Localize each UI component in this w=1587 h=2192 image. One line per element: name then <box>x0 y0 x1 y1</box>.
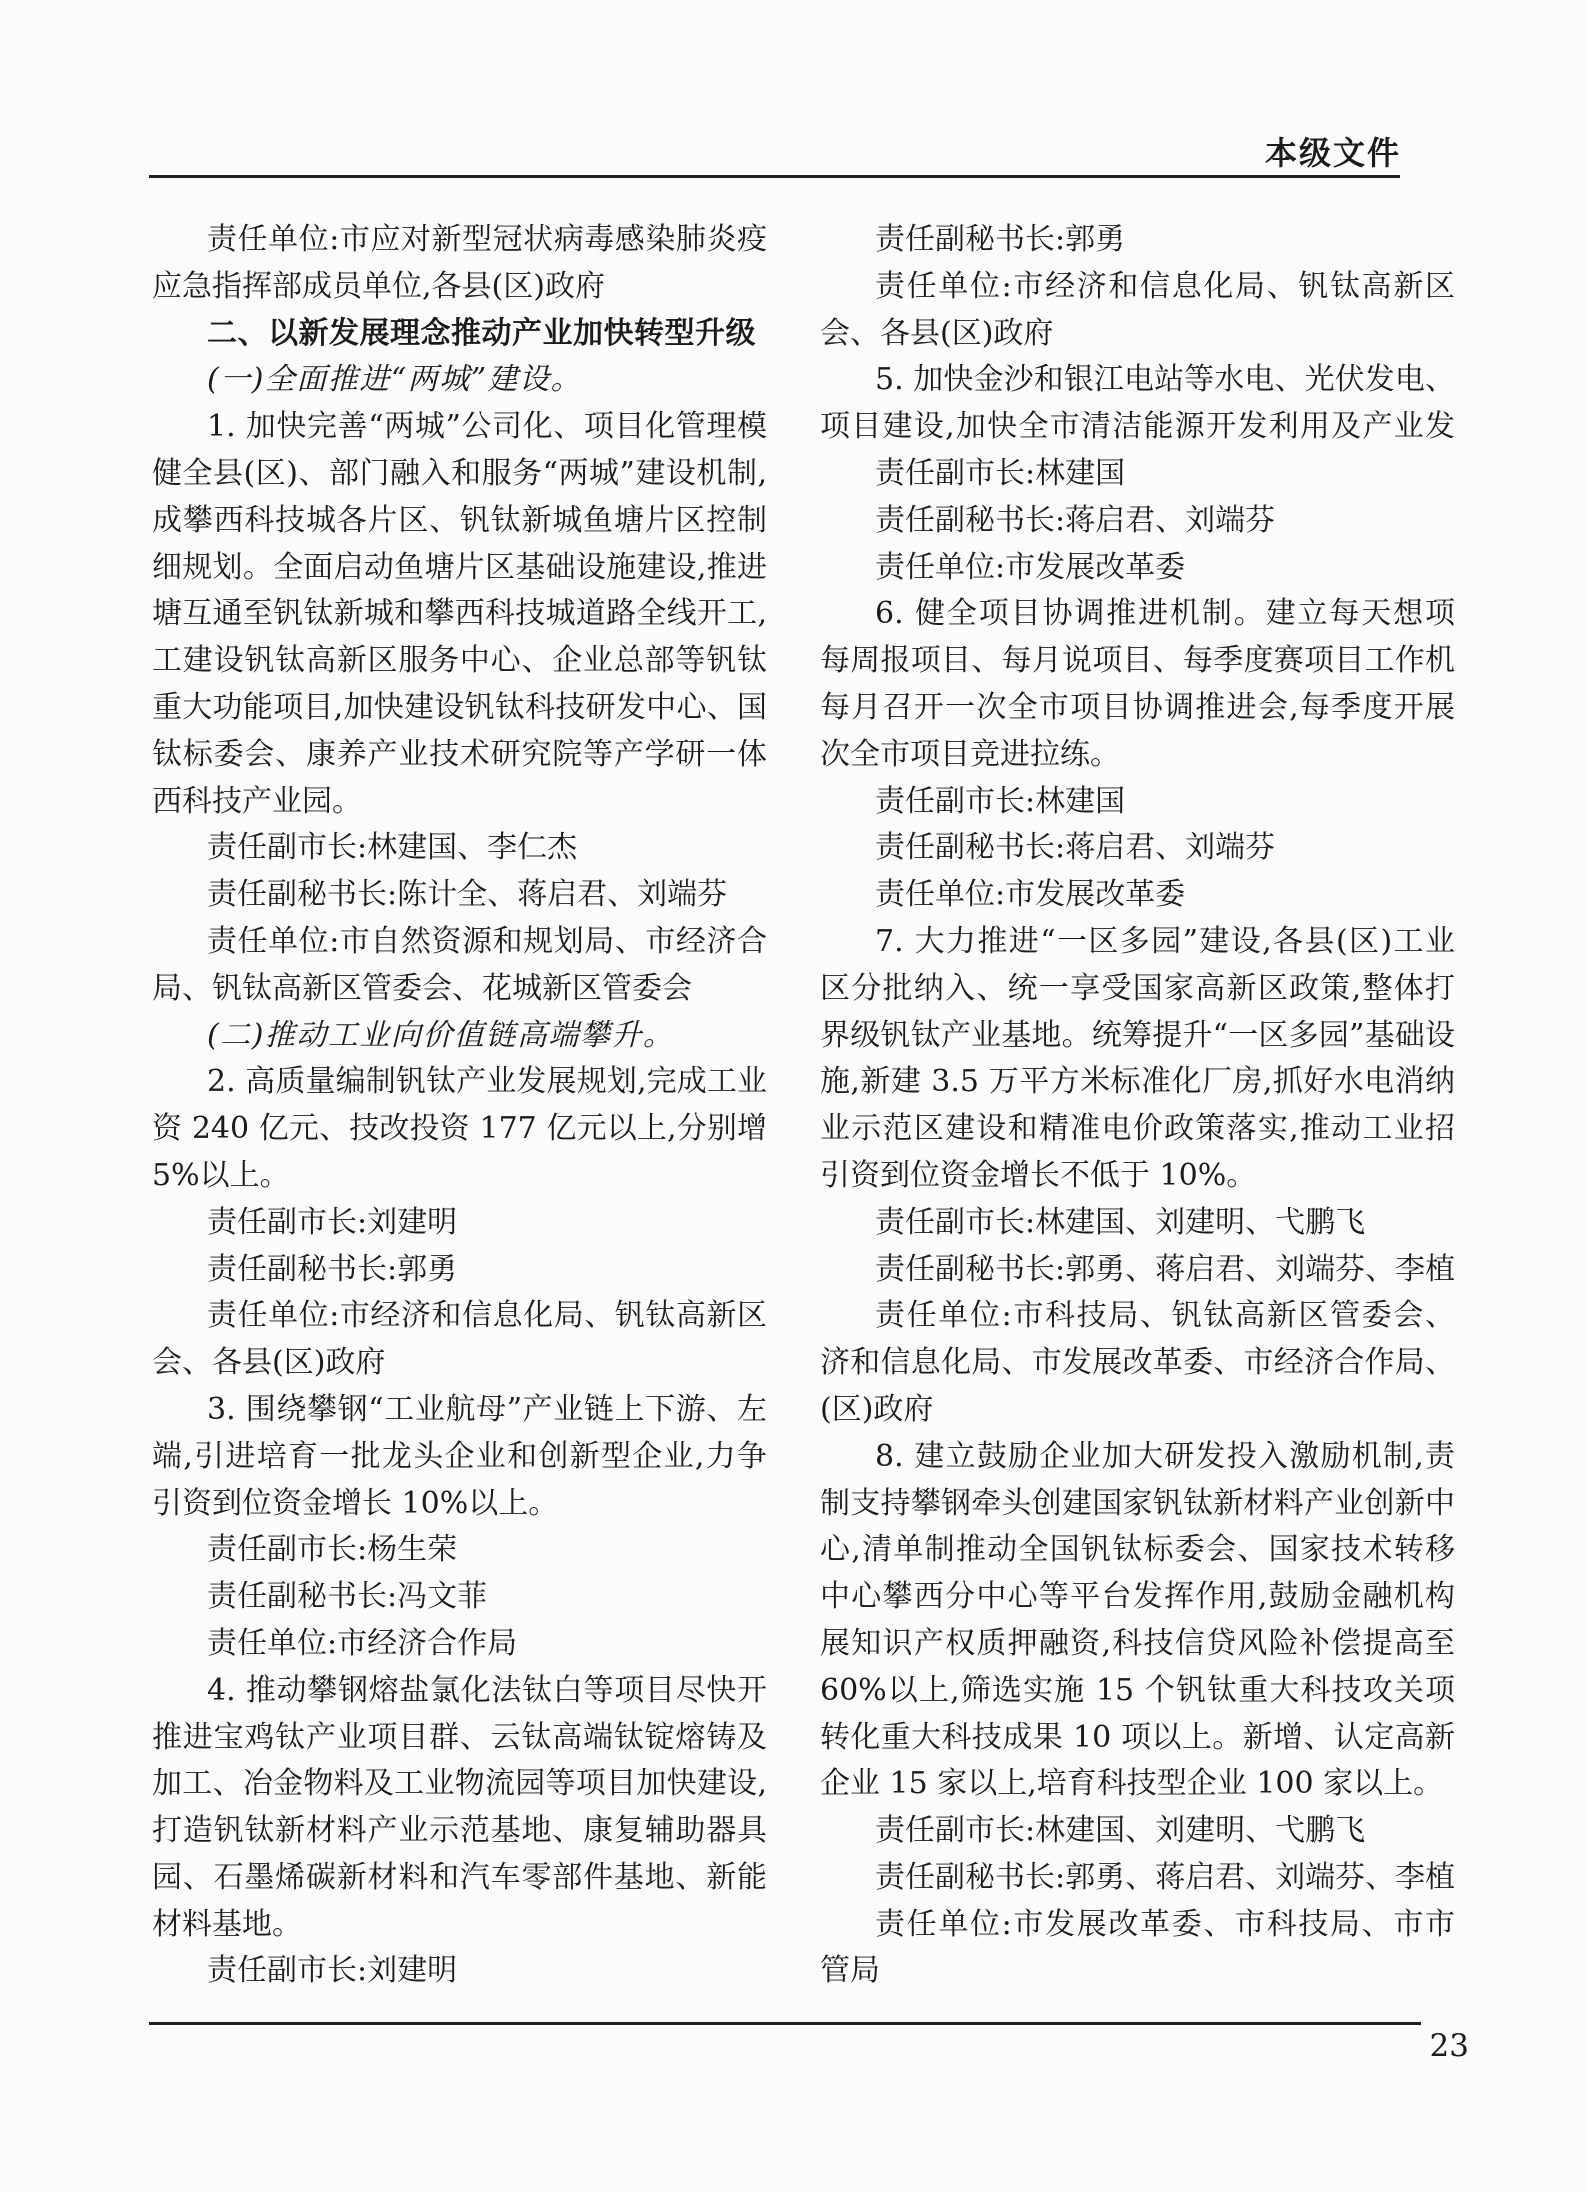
text-line: 引资到位资金增长不低于 10%。 <box>820 1153 1455 1200</box>
text-line: 局、钒钛高新区管委会、花城新区管委会 <box>152 966 767 1013</box>
text-line: 园、石墨烯碳新材料和汽车零部件基地、新能源储能 <box>152 1855 767 1902</box>
footer-rule <box>149 2022 1421 2025</box>
text-line: 心,清单制推动全国钒钛标委会、国家技术转移西南 <box>820 1527 1455 1574</box>
text-line: 业示范区建设和精准电价政策落实,推动工业招商 <box>820 1106 1455 1153</box>
page-number: 23 <box>1421 2026 1469 2066</box>
text-line: 引资到位资金增长 10%以上。 <box>152 1481 767 1528</box>
text-line: 责任副市长:林建国 <box>820 451 1455 498</box>
text-line: 济和信息化局、市发展改革委、市经济合作局、各县 <box>820 1340 1455 1387</box>
text-line: 责任副秘书长:蒋启君、刘端芬 <box>820 825 1455 872</box>
text-line: 责任副市长:林建国、刘建明、弋鹏飞 <box>820 1808 1455 1855</box>
document-page: 本级文件 责任单位:市应对新型冠状病毒感染肺炎疫情应急指挥部成员单位,各县(区)… <box>0 0 1587 2192</box>
text-line: 会、各县(区)政府 <box>152 1340 767 1387</box>
text-line: 次全市项目竞进拉练。 <box>820 732 1455 779</box>
text-line: 责任副市长:林建国、李仁杰 <box>152 825 767 872</box>
text-line: 责任副秘书长:蒋启君、刘端芬 <box>820 498 1455 545</box>
text-line: 端,引进培育一批龙头企业和创新型企业,力争招商 <box>152 1434 767 1481</box>
right-column: 责任副秘书长:郭勇责任单位:市经济和信息化局、钒钛高新区管委会、各县(区)政府5… <box>820 217 1455 1995</box>
text-line: 责任单位:市经济和信息化局、钒钛高新区管委 <box>152 1293 767 1340</box>
text-line: 责任副市长:林建国、刘建明、弋鹏飞 <box>820 1200 1455 1247</box>
text-line: 责任副市长:刘建明 <box>152 1948 767 1995</box>
text-line: 责任单位:市发展改革委 <box>820 872 1455 919</box>
text-line: 责任副市长:刘建明 <box>152 1200 767 1247</box>
text-line: 每周报项目、每月说项目、每季度赛项目工作机制, <box>820 638 1455 685</box>
text-line: 责任单位:市发展改革委、市科技局、市市场监 <box>820 1902 1455 1949</box>
text-line: 4. 推动攀钢熔盐氯化法钛白等项目尽快开工, <box>152 1668 767 1715</box>
text-line: 责任单位:市科技局、钒钛高新区管委会、市经 <box>820 1293 1455 1340</box>
text-line: 中心攀西分中心等平台发挥作用,鼓励金融机构开 <box>820 1574 1455 1621</box>
text-line: 责任副秘书长:陈计全、蒋启君、刘端芬 <box>152 872 767 919</box>
text-line: 资 240 亿元、技改投资 177 亿元以上,分别增长 8%、 <box>152 1106 767 1153</box>
left-column: 责任单位:市应对新型冠状病毒感染肺炎疫情应急指挥部成员单位,各县(区)政府二、以… <box>152 217 767 1995</box>
text-line: 企业 15 家以上,培育科技型企业 100 家以上。 <box>820 1761 1455 1808</box>
text-line: 打造钒钛新材料产业示范基地、康复辅助器具产业 <box>152 1808 767 1855</box>
text-line: 责任副秘书长:郭勇 <box>820 217 1455 264</box>
text-line: 重大功能项目,加快建设钒钛科技研发中心、国家钒 <box>152 685 767 732</box>
text-line: 7. 大力推进“一区多园”建设,各县(区)工业园 <box>820 919 1455 966</box>
text-line: 二、以新发展理念推动产业加快转型升级 <box>152 311 767 358</box>
text-line: 界级钒钛产业基地。统筹提升“一区多园”基础设 <box>820 1013 1455 1060</box>
text-line: 健全县(区)、部门融入和服务“两城”建设机制,形 <box>152 451 767 498</box>
text-line: 制支持攀钢牵头创建国家钒钛新材料产业创新中 <box>820 1481 1455 1528</box>
text-line: 责任副秘书长:郭勇、蒋启君、刘端芬、李植 <box>820 1247 1455 1294</box>
text-line: 5. 加快金沙和银江电站等水电、光伏发电、风电 <box>820 357 1455 404</box>
text-line: 责任单位:市经济合作局 <box>152 1621 767 1668</box>
text-line: 5%以上。 <box>152 1153 767 1200</box>
text-line: 责任单位:市发展改革委 <box>820 545 1455 592</box>
text-line: 会、各县(区)政府 <box>820 311 1455 358</box>
text-line: 塘互通至钒钛新城和攀西科技城道路全线开工,开 <box>152 591 767 638</box>
text-line: 责任副市长:杨生荣 <box>152 1527 767 1574</box>
text-line: 每月召开一次全市项目协调推进会,每季度开展一 <box>820 685 1455 732</box>
text-line: (区)政府 <box>820 1387 1455 1434</box>
text-line: (二)推动工业向价值链高端攀升。 <box>152 1013 767 1060</box>
text-line: 工建设钒钛高新区服务中心、企业总部等钒钛新城 <box>152 638 767 685</box>
text-line: (一)全面推进“两城”建设。 <box>152 357 767 404</box>
text-line: 2. 高质量编制钒钛产业发展规划,完成工业投 <box>152 1059 767 1106</box>
text-line: 钛标委会、康养产业技术研究院等产学研一体的攀 <box>152 732 767 779</box>
text-line: 管局 <box>820 1948 1455 1995</box>
text-line: 60%以上,筛选实施 15 个钒钛重大科技攻关项目, <box>820 1668 1455 1715</box>
text-line: 转化重大科技成果 10 项以上。新增、认定高新技术 <box>820 1715 1455 1762</box>
text-line: 加工、冶金物料及工业物流园等项目加快建设,全力 <box>152 1761 767 1808</box>
text-line: 材料基地。 <box>152 1902 767 1949</box>
header-rule <box>149 175 1400 178</box>
text-line: 责任副秘书长:郭勇、蒋启君、刘端芬、李植 <box>820 1855 1455 1902</box>
text-line: 责任副秘书长:冯文菲 <box>152 1574 767 1621</box>
text-line: 区分批纳入、统一享受国家高新区政策,整体打造世 <box>820 966 1455 1013</box>
text-line: 6. 健全项目协调推进机制。建立每天想项目、 <box>820 591 1455 638</box>
text-line: 责任副市长:林建国 <box>820 779 1455 826</box>
text-line: 责任单位:市自然资源和规划局、市经济合作 <box>152 919 767 966</box>
text-line: 成攀西科技城各片区、钒钛新城鱼塘片区控制性详 <box>152 498 767 545</box>
text-line: 3. 围绕攀钢“工业航母”产业链上下游、左右 <box>152 1387 767 1434</box>
text-line: 8. 建立鼓励企业加大研发投入激励机制,责任 <box>820 1434 1455 1481</box>
text-line: 展知识产权质押融资,科技信贷风险补偿提高至 <box>820 1621 1455 1668</box>
text-line: 1. 加快完善“两城”公司化、项目化管理模式, <box>152 404 767 451</box>
text-line: 施,新建 3.5 万平方米标准化厂房,抓好水电消纳产 <box>820 1059 1455 1106</box>
text-line: 项目建设,加快全市清洁能源开发利用及产业发展。 <box>820 404 1455 451</box>
text-line: 责任副秘书长:郭勇 <box>152 1247 767 1294</box>
text-line: 责任单位:市应对新型冠状病毒感染肺炎疫情 <box>152 217 767 264</box>
header-section-label: 本级文件 <box>1253 134 1401 172</box>
text-line: 推进宝鸡钛产业项目群、云钛高端钛锭熔铸及延伸 <box>152 1715 767 1762</box>
text-line: 西科技产业园。 <box>152 779 767 826</box>
text-line: 责任单位:市经济和信息化局、钒钛高新区管委 <box>820 264 1455 311</box>
text-line: 应急指挥部成员单位,各县(区)政府 <box>152 264 767 311</box>
text-line: 细规划。全面启动鱼塘片区基础设施建设,推进鱼 <box>152 545 767 592</box>
